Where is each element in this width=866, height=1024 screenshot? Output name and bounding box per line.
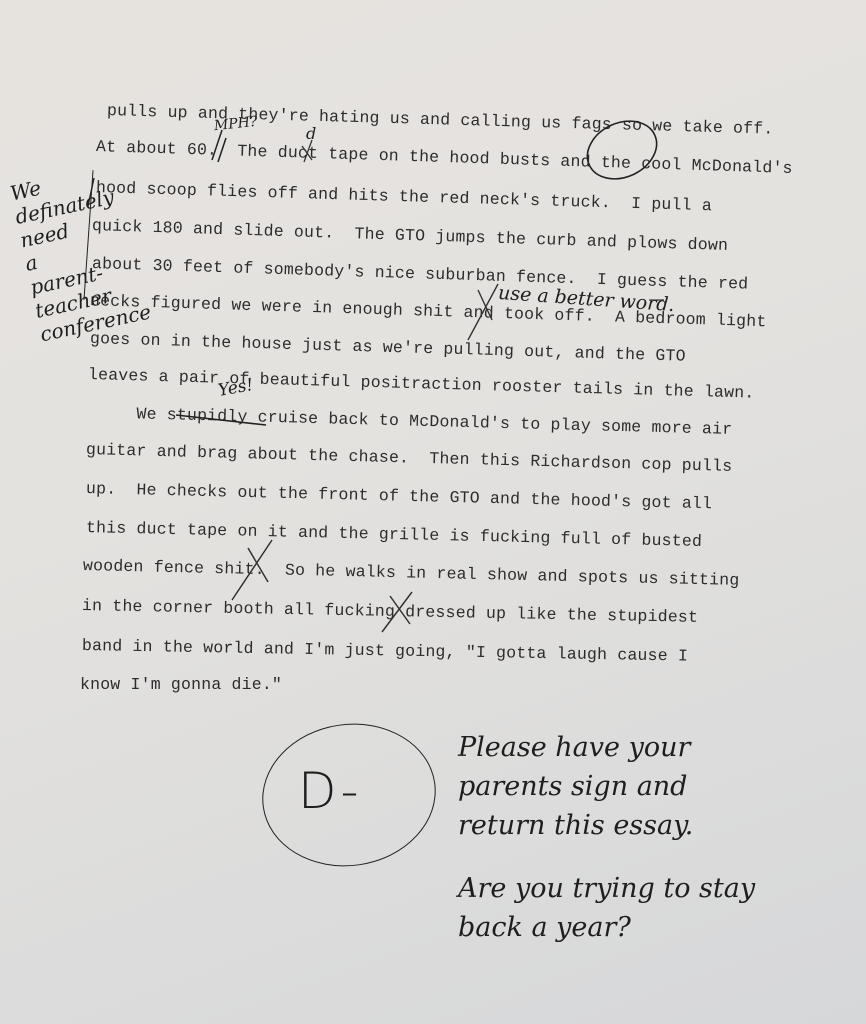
typed-line-15: band in the world and I'm just going, "I… [82, 636, 688, 666]
duct-correction-note: d [306, 124, 316, 143]
essay-page: pulls up and they're hating us and calli… [0, 0, 866, 1024]
typed-line-14: in the corner booth all fucking dressed … [82, 596, 698, 627]
comment-line: Please have your [458, 728, 755, 767]
typed-line-13: wooden fence shit. So he walks in real s… [83, 556, 740, 590]
comment-line: Are you trying to stay [458, 869, 755, 908]
speed-query-note: MPH? [213, 114, 258, 134]
typed-line-3: hood scoop flies off and hits the red ne… [96, 178, 712, 215]
typed-line-5: about 30 feet of somebody's nice suburba… [92, 254, 749, 294]
typed-line-4: quick 180 and slide out. The GTO jumps t… [92, 216, 729, 255]
comment-line: back a year? [458, 908, 755, 947]
typed-line-8: leaves a pair of beautiful positraction … [88, 365, 755, 403]
typed-line-10: guitar and brag about the chase. Then th… [86, 440, 733, 476]
typed-line-9: We stupidly cruise back to McDonald's to… [86, 403, 733, 439]
typed-line-2: At about 60. The duct tape on the hood b… [96, 137, 793, 178]
grade-letter: D- [298, 762, 363, 820]
comment-line: return this essay. [458, 806, 755, 845]
typed-line-7: goes on in the house just as we're pulli… [90, 329, 686, 366]
comment-line: parents sign and [458, 767, 755, 806]
teacher-comment: Please have your parents sign and return… [458, 728, 755, 947]
typed-line-12: this duct tape on it and the grille is f… [86, 518, 702, 551]
typed-line-1: pulls up and they're hating us and calli… [107, 101, 774, 139]
typed-line-11: up. He checks out the front of the GTO a… [86, 479, 713, 513]
typed-line-16: know I'm gonna die." [80, 675, 282, 694]
